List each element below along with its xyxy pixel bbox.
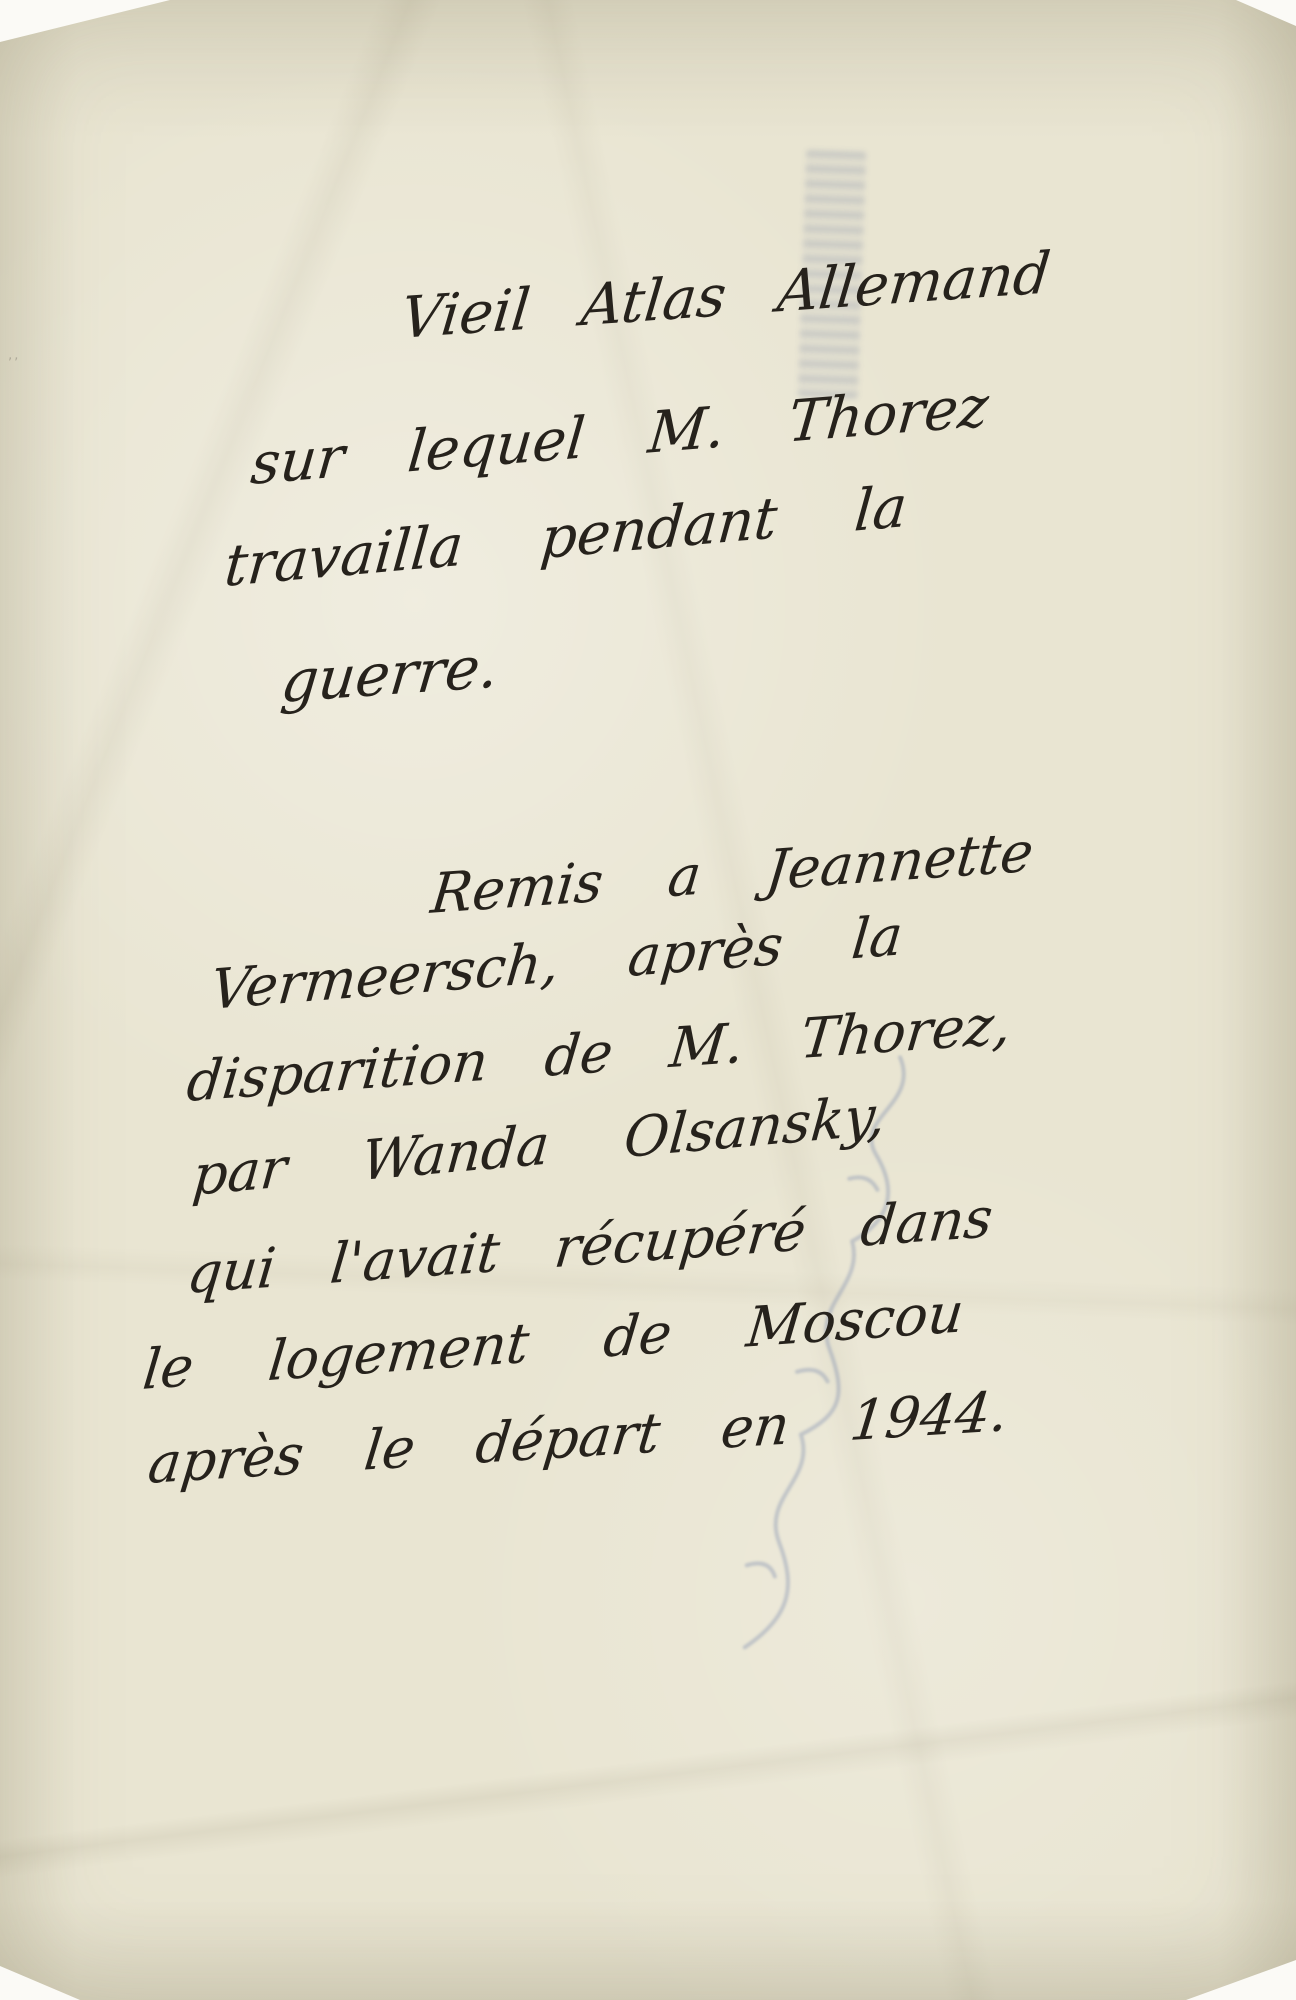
stray-pencil-mark: ʼʼ	[8, 356, 34, 374]
scanned-handwritten-note: { "page": { "kind": "scan of a handwritt…	[0, 0, 1296, 2000]
